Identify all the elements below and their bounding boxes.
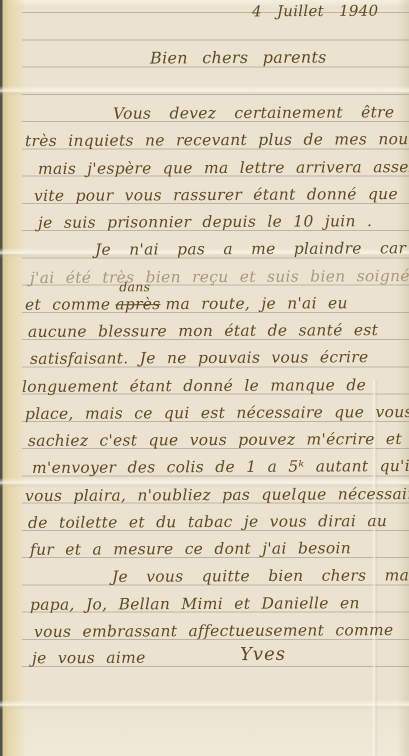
signature: Yves xyxy=(240,644,286,666)
letter-line: aucune blessure mon état de santé est xyxy=(28,319,378,343)
letter-line: m'envoyer des colis de 1 a 5ᵏ autant qu'… xyxy=(32,455,409,479)
letter-line: vite pour vous rassurer étant donné que xyxy=(34,183,398,207)
letter-line: j'ai été très bien reçu et suis bien soi… xyxy=(30,265,409,289)
letter-page: 4 Juillet 1940 Bien chers parents Vous d… xyxy=(0,0,409,756)
letter-line: fur et a mesure ce dont j'ai besoin xyxy=(30,537,351,561)
letter-line: de toilette et du tabac je vous dirai au xyxy=(28,510,387,534)
letter-line: Je n'ai pas a me plaindre car xyxy=(95,237,406,261)
inserted-word: dans xyxy=(119,280,150,293)
letter-line: je suis prisonnier depuis le 10 juin . xyxy=(38,210,372,234)
crossed-out-word: après xyxy=(115,295,160,313)
letter-line: Vous devez certainement être xyxy=(113,101,394,124)
letter-line: vous plaira, n'oubliez pas quelque néces… xyxy=(25,483,409,507)
letter-line: longuement étant donné le manque de xyxy=(22,374,366,398)
paper-crease xyxy=(0,700,409,710)
letter-line: vous embrassant affectueusement comme xyxy=(34,619,394,643)
correction-after: ma route, je n'ai eu xyxy=(165,294,347,313)
letter-line: papa, Jo, Bellan Mimi et Danielle en xyxy=(30,592,360,616)
letter-line: très inquiets ne recevant plus de mes no… xyxy=(25,128,409,152)
letter-line: mais j'espère que ma lettre arrivera ass… xyxy=(38,156,409,180)
letter-line-correction: et commedansaprèsma route, je n'ai eu xyxy=(25,292,348,316)
letter-line: Je vous quitte bien chers maman xyxy=(112,564,409,588)
letter-farewell: je vous aime xyxy=(32,647,146,670)
letter-line: satisfaisant. Je ne pouvais vous écrire xyxy=(30,346,369,370)
correction-before: et comme xyxy=(25,295,110,313)
letter-line: sachiez c'est que vous pouvez m'écrire e… xyxy=(28,428,402,452)
correction-wrap: dansaprès xyxy=(115,293,160,315)
letter-line: place, mais ce qui est nécessaire que vo… xyxy=(25,401,409,425)
letter-salutation: Bien chers parents xyxy=(150,47,327,70)
letter-date: 4 Juillet 1940 xyxy=(252,0,379,22)
